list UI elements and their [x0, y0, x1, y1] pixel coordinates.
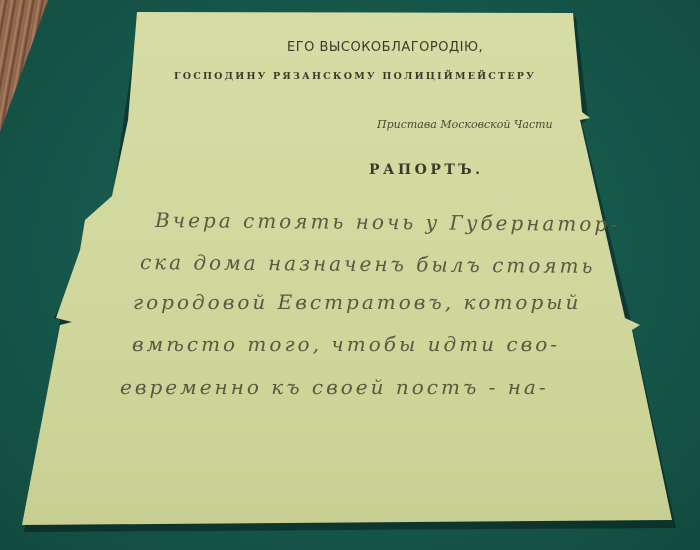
wooden-frame-edge: [0, 0, 60, 140]
handwritten-line: вмѣсто того, чтобы идти сво-: [132, 332, 560, 356]
recipient-heading: ГОСПОДИНУ РЯЗАНСКОМУ ПОЛИЦІЙМЕЙСТЕРУ: [174, 71, 536, 82]
handwritten-line: Вчера стоять ночь у Губернатор-: [155, 208, 620, 236]
handwritten-line: ска дома назначенъ былъ стоять: [140, 250, 596, 278]
document-title: РАПОРТЪ.: [369, 162, 484, 178]
handwritten-line: городовой Евстратовъ, который: [133, 290, 581, 314]
handwritten-line: евременно къ своей постъ - на-: [120, 375, 549, 399]
photo-scene: ЕГО ВЫСОКОБЛАГОРОДІЮ, ГОСПОДИНУ РЯЗАНСКО…: [0, 0, 700, 550]
sender-line: Пристава Московской Части: [377, 118, 553, 131]
addressee-heading: ЕГО ВЫСОКОБЛАГОРОДІЮ,: [287, 40, 483, 55]
